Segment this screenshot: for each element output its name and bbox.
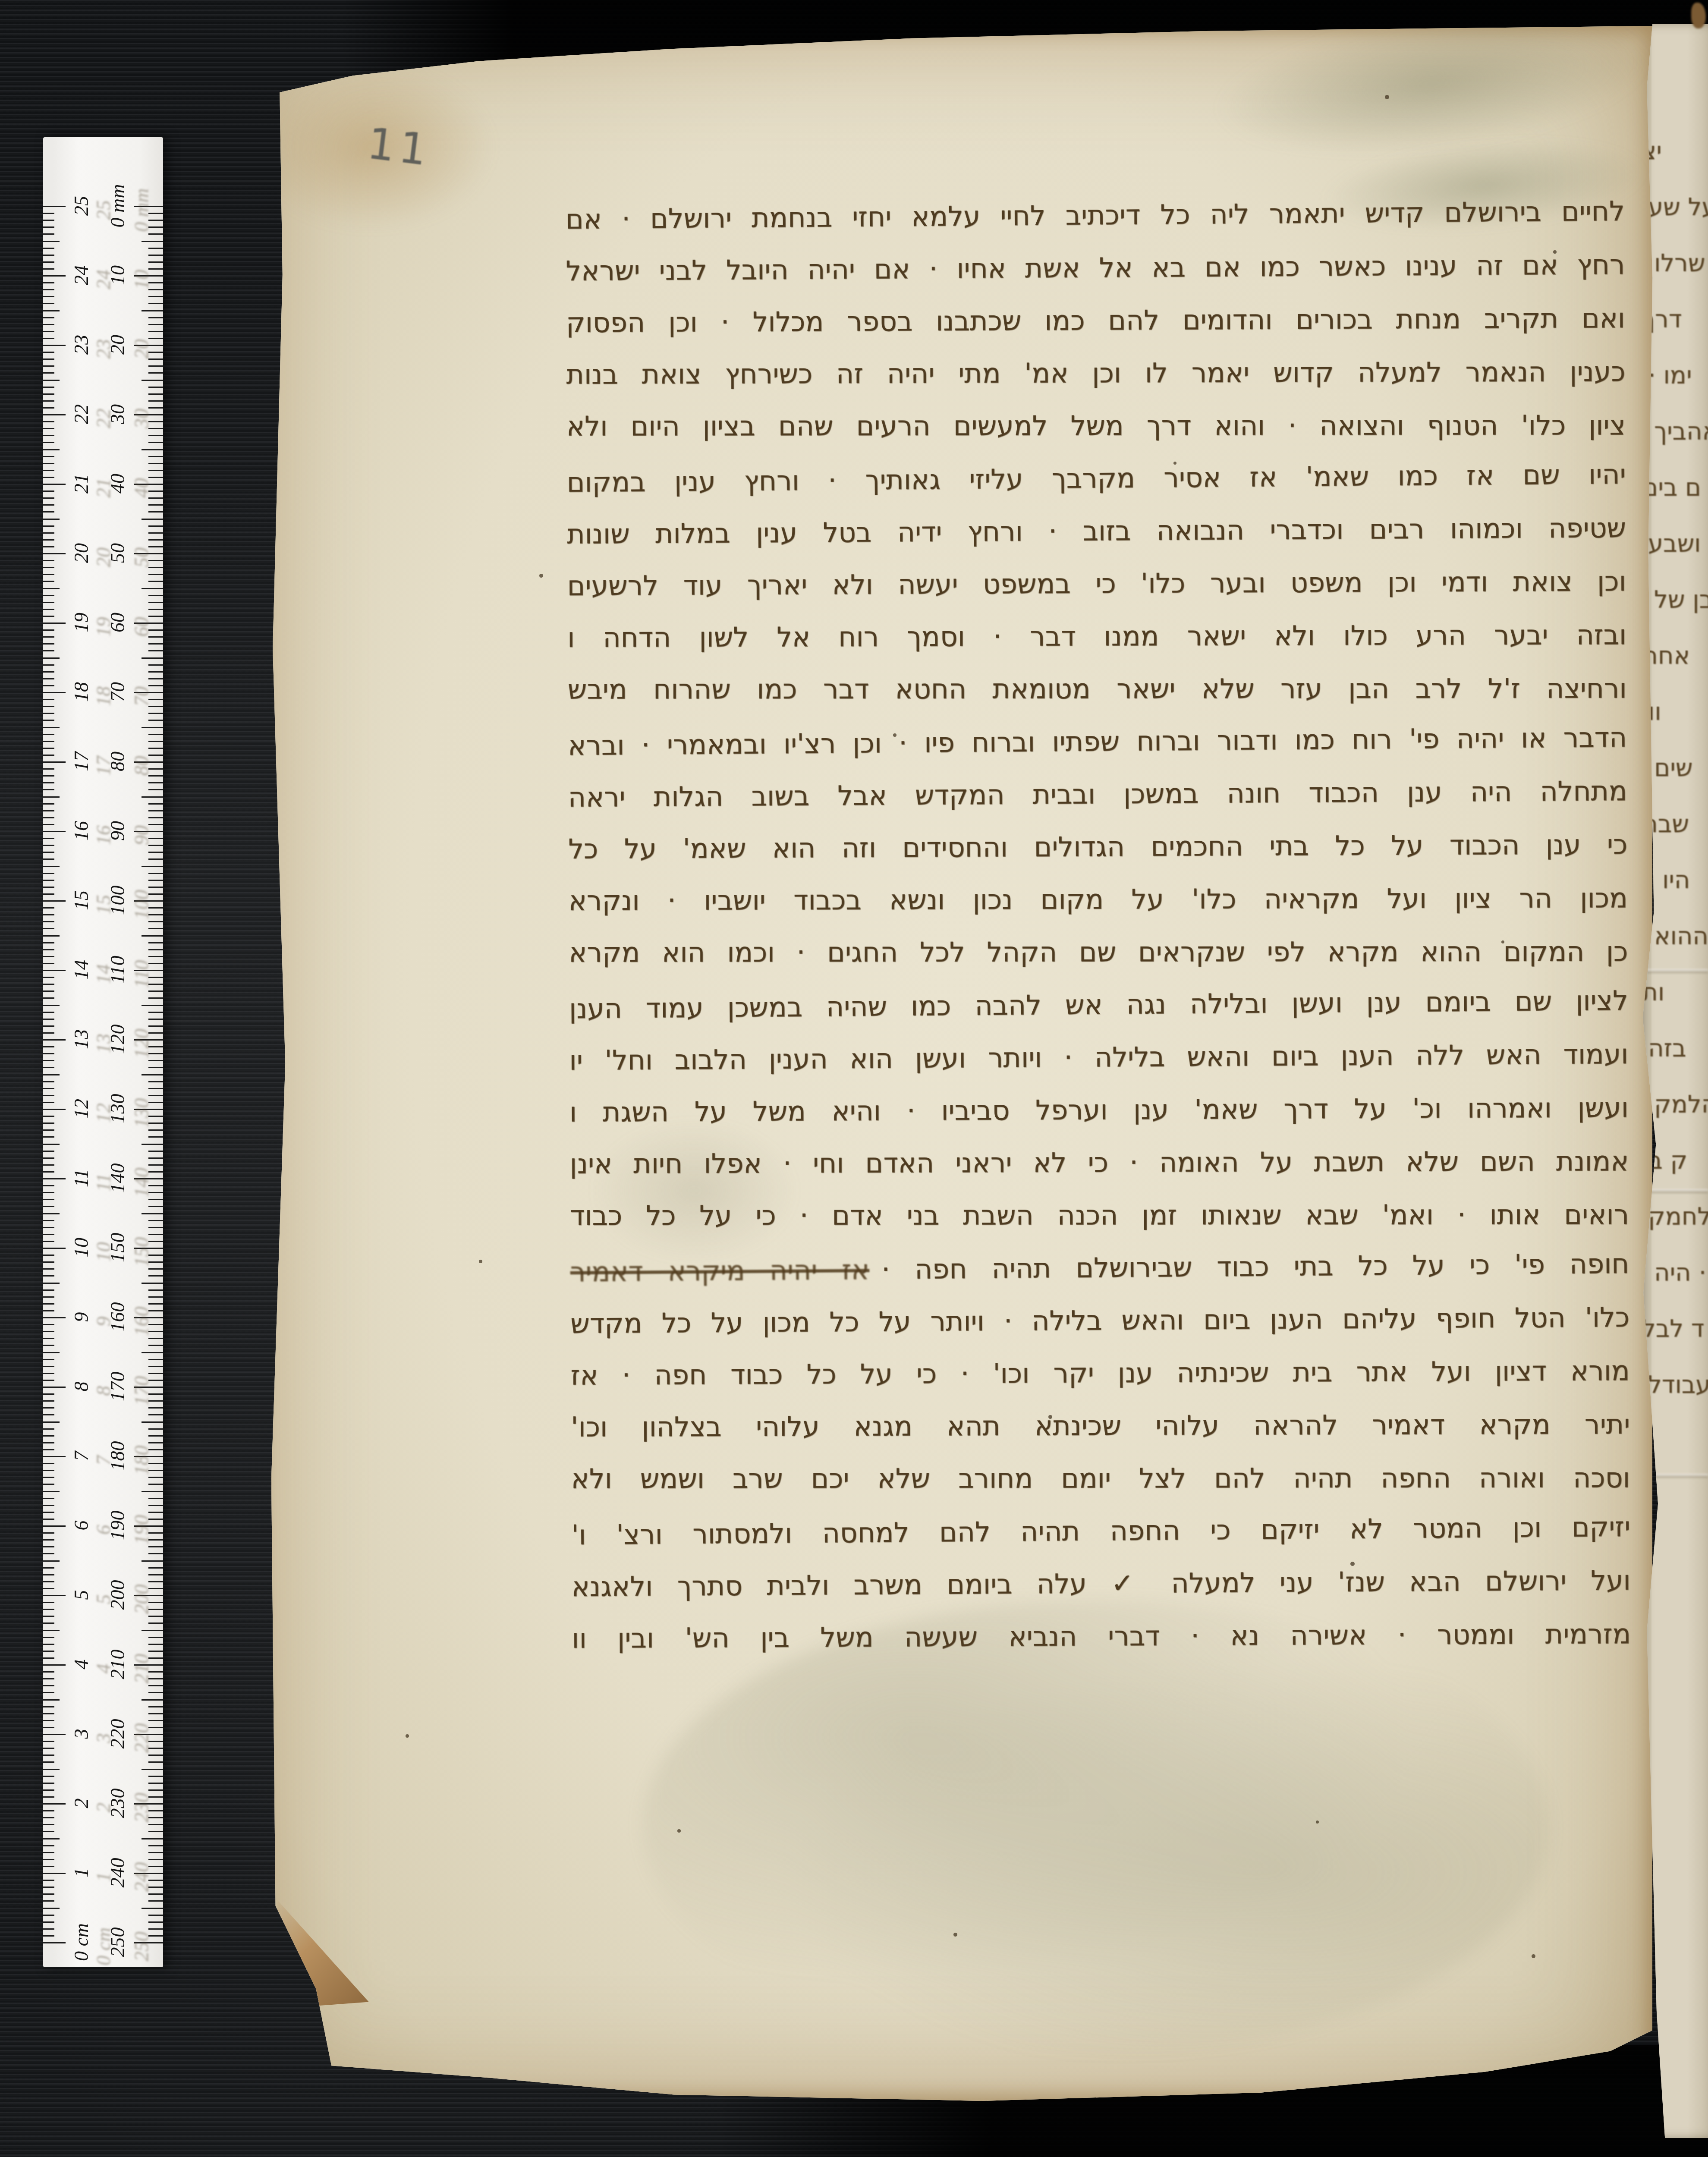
- ruler-tick: [43, 289, 54, 290]
- ruler-tick: [43, 1199, 54, 1200]
- ruler-tick: [43, 574, 54, 575]
- adjacent-text-fragment: ד לבל: [1642, 1315, 1704, 1343]
- ink-speck: [1316, 1821, 1319, 1824]
- manuscript-line: יתיר מקרא דאמיר להראה עלוהי שכינתא תהא מ…: [571, 1398, 1630, 1453]
- ruler-tick: [43, 1887, 54, 1888]
- ruler-tick: [148, 1928, 163, 1930]
- ruler-tick: [148, 1685, 163, 1686]
- ruler-tick: [148, 470, 163, 471]
- ruler-tick: [148, 1546, 163, 1547]
- ruler-tick: [43, 303, 54, 304]
- ruler-tick: [148, 942, 163, 943]
- ruler-number-shadow: 19: [92, 617, 115, 637]
- ruler-tick: [43, 393, 54, 395]
- ruler-tick: [148, 331, 163, 332]
- ruler-tick: [148, 1095, 163, 1096]
- ruler-tick: [142, 866, 163, 867]
- ruler-tick: [43, 1012, 54, 1013]
- ruler-tick: [43, 268, 54, 270]
- ruler-tick: [43, 400, 54, 402]
- manuscript-line: רחץ אם זה ענינו כאשר כמו אם בא אל אשת אח…: [566, 239, 1625, 298]
- manuscript-line: וסכה ואורה החפה תהיה להם לצל יומם מחורב …: [571, 1452, 1630, 1505]
- ruler-tick: [43, 1692, 54, 1693]
- ruler-number-shadow: 30: [130, 409, 153, 428]
- ruler-tick: [148, 296, 163, 297]
- ruler-number-shadow: 8: [92, 1386, 115, 1396]
- ruler-tick: [148, 1567, 163, 1569]
- ruler-tick: [43, 1053, 54, 1054]
- ruler-tick: [43, 914, 54, 915]
- ruler-tick: [43, 1116, 54, 1117]
- ruler-tick: [148, 255, 163, 256]
- ruler-tick: [148, 1206, 163, 1207]
- ruler-tick: [148, 650, 163, 651]
- ruler-tick: [142, 1144, 163, 1145]
- ruler-tick: [43, 803, 54, 805]
- ruler-tick: [43, 1609, 54, 1610]
- manuscript-line: ובזה יבער הרע כולו ולא ישאר ממנו דבר · ו…: [567, 609, 1626, 664]
- ruler-number-shadow: 20: [92, 547, 115, 567]
- adjacent-text-fragment: שבי שרלו: [1654, 249, 1708, 277]
- ruler-number-shadow: 170: [130, 1376, 153, 1406]
- ruler-tick: [148, 1505, 163, 1506]
- ruler-tick: [43, 664, 54, 666]
- ruler-tick: [43, 1928, 54, 1930]
- manuscript-line: וכן צואת ודמי וכן משפט ובער כלו' כי במשפ…: [567, 555, 1626, 613]
- ruler-tick: [43, 990, 54, 992]
- ruler-tick: [43, 1498, 54, 1499]
- ruler-tick: [43, 1699, 60, 1701]
- ruler-tick: [142, 657, 163, 659]
- manuscript-line: כי ענן הכבוד על כל בתי החכמים הגדולים וה…: [568, 818, 1628, 876]
- ruler-tick: [43, 519, 60, 520]
- ruler-tick: [43, 1331, 54, 1332]
- ruler-tick: [148, 949, 163, 950]
- manuscript-line: מכון הר ציון ועל מקראיה כלו' על מקום נכו…: [569, 872, 1628, 927]
- ruler-tick: [148, 852, 163, 853]
- ruler-tick: [148, 1407, 163, 1409]
- ruler-number: 17: [70, 751, 93, 771]
- ruler-tick: [43, 1387, 66, 1388]
- ruler-tick: [148, 1303, 163, 1305]
- manuscript-line: לחיים בירושלם קדיש יתאמר ליה כל דיכתיב ל…: [565, 185, 1625, 245]
- ruler-tick: [43, 1296, 54, 1298]
- ruler-tick: [148, 1692, 163, 1693]
- ruler-tick: [43, 1866, 54, 1867]
- ruler-tick: [142, 1352, 163, 1353]
- ruler-tick: [148, 720, 163, 721]
- ruler-tick: [148, 1921, 163, 1923]
- adjacent-text-fragment: לבן של: [1654, 586, 1708, 614]
- ink-speck: [1532, 1954, 1535, 1958]
- ruler-tick: [43, 671, 54, 673]
- ruler-tick: [148, 928, 163, 929]
- ruler-tick: [148, 1706, 163, 1707]
- ruler-tick: [43, 1414, 54, 1415]
- ruler-tick: [142, 1213, 163, 1214]
- ruler-tick: [148, 456, 163, 457]
- ruler-number-shadow: 21: [92, 478, 115, 498]
- ruler-tick: [43, 1067, 54, 1068]
- ruler-tick: [43, 858, 54, 860]
- ruler-tick: [43, 1796, 54, 1798]
- adjacent-text-fragment: ים · ושבע: [1648, 530, 1708, 558]
- ruler-tick: [43, 358, 54, 360]
- ruler-tick: [43, 1908, 60, 1909]
- ruler-number-shadow: 10: [92, 1242, 115, 1262]
- ruler-number: 16: [70, 821, 93, 841]
- ruler-tick: [43, 1373, 54, 1374]
- ruler-tick: [148, 303, 163, 304]
- ruler-number: 10: [70, 1238, 93, 1258]
- ruler-tick: [43, 1227, 54, 1228]
- ruler-number: 14: [70, 960, 93, 980]
- ruler-number: 22: [70, 404, 93, 424]
- ruler-tick: [43, 456, 54, 457]
- ruler-tick: [148, 1900, 163, 1902]
- ruler-tick: [148, 261, 163, 263]
- ruler-tick: [43, 1046, 54, 1047]
- ruler-tick: [43, 213, 54, 214]
- ruler-tick: [43, 748, 54, 749]
- ruler-tick: [142, 449, 163, 450]
- ruler-number: 21: [70, 474, 93, 494]
- ruler-tick: [43, 380, 60, 381]
- ruler-tick: [43, 1817, 54, 1818]
- ruler-number-shadow: 7: [92, 1456, 115, 1465]
- ruler-tick: [43, 1484, 54, 1485]
- ruler-tick: [43, 421, 54, 422]
- adjacent-text-fragment: שים: [1654, 754, 1692, 782]
- ruler-number-shadow: 200: [130, 1585, 153, 1614]
- ruler-tick: [142, 1421, 163, 1423]
- ruler-tick: [43, 1338, 54, 1339]
- ruler-tick: [43, 539, 54, 541]
- manuscript-line: שטיפה וכמוהו רבים וכדברי הנבואה בזוב · ו…: [567, 502, 1626, 561]
- ruler-tick: [142, 1283, 163, 1284]
- ruler-tick: [43, 1602, 54, 1603]
- ruler-tick: [43, 1664, 66, 1666]
- ruler-tick: [43, 838, 54, 839]
- ruler-number: 3: [70, 1729, 93, 1739]
- ruler-tick: [43, 442, 54, 443]
- ruler-tick: [43, 1852, 54, 1853]
- ruler-tick: [43, 1505, 54, 1506]
- ruler-tick: [43, 1644, 54, 1645]
- ruler-number: 13: [70, 1029, 93, 1049]
- ruler-tick: [43, 1393, 54, 1395]
- ruler-tick: [43, 1164, 54, 1166]
- ruler-number-shadow: 250: [130, 1932, 153, 1962]
- ruler-tick: [43, 1025, 54, 1027]
- ruler-tick: [43, 1123, 54, 1124]
- ruler-number-shadow: 10: [130, 270, 153, 289]
- ruler-tick: [43, 880, 54, 881]
- ruler-tick: [148, 1581, 163, 1582]
- ruler-tick: [142, 380, 163, 381]
- ruler-tick: [43, 699, 54, 700]
- ruler-tick: [43, 1935, 54, 1937]
- ruler-tick: [148, 1136, 163, 1138]
- ruler-number-shadow: 6: [92, 1525, 115, 1535]
- ruler-tick: [43, 463, 54, 464]
- manuscript-line: אמונת השם שלא תשבת על האומה · כי לא יראנ…: [569, 1135, 1629, 1190]
- ruler-tick: [43, 365, 54, 367]
- ruler-tick: [148, 887, 163, 888]
- ruler-number-shadow: 230: [130, 1793, 153, 1823]
- ruler-tick: [148, 810, 163, 811]
- ruler-tick: [142, 935, 163, 937]
- ruler-tick: [148, 956, 163, 957]
- ink-speck: [1385, 95, 1389, 99]
- ruler-tick: [148, 1852, 163, 1853]
- ruler-tick: [43, 1303, 54, 1305]
- ruler-tick: [148, 643, 163, 645]
- ruler-tick: [148, 1845, 163, 1846]
- ruler-tick: [148, 1553, 163, 1554]
- ruler-tick: [43, 1893, 54, 1895]
- manuscript-line: כן המקום ההוא מקרא לפי שנקראים שם הקהל ל…: [569, 925, 1628, 979]
- ruler-tick: [148, 1644, 163, 1645]
- ruler-number: 20: [70, 543, 93, 563]
- ruler-tick: [43, 1171, 54, 1173]
- ruler-tick: [43, 727, 60, 728]
- ruler-tick: [148, 1060, 163, 1061]
- ruler-tick: [43, 657, 60, 659]
- ruler-tick: [43, 331, 54, 332]
- ruler-tick: [43, 1352, 60, 1353]
- ruler-number-shadow: 60: [130, 617, 153, 637]
- ruler-tick: [43, 977, 54, 978]
- ruler-tick: [148, 442, 163, 443]
- ruler-tick: [43, 997, 54, 999]
- ruler-number: 4: [70, 1660, 93, 1670]
- manuscript-line: ציון כלו' הטנוף והצואה · והוא דרך משל למ…: [566, 399, 1626, 453]
- ruler-tick: [43, 1088, 54, 1089]
- ruler-number-shadow: 240: [130, 1862, 153, 1892]
- ruler-tick: [43, 352, 54, 353]
- ruler-tick: [148, 435, 163, 436]
- ruler-tick: [148, 1338, 163, 1339]
- ruler-tick: [148, 602, 163, 603]
- ruler-number: 19: [70, 613, 93, 632]
- ruler-tick: [43, 1678, 54, 1679]
- ruler-tick: [43, 1192, 54, 1193]
- ruler-tick: [43, 1109, 66, 1110]
- manuscript-line: כלו' הטל חופף עליהם הענן ביום והאש בלילה…: [570, 1291, 1630, 1350]
- ruler-number-shadow: 0 cm: [92, 1927, 115, 1965]
- ruler-tick: [43, 504, 54, 506]
- ruler-number-shadow: 110: [130, 960, 153, 988]
- ruler-number-shadow: 150: [130, 1237, 153, 1267]
- ruler-tick: [43, 1206, 54, 1207]
- ruler-tick: [148, 1081, 163, 1082]
- ruler-tick: [43, 831, 66, 832]
- ruler-tick: [142, 1908, 163, 1909]
- ruler-tick: [43, 1720, 54, 1721]
- ruler-tick: [43, 1519, 54, 1520]
- ruler-tick: [43, 1449, 54, 1450]
- adjacent-text-fragment: ימו ·: [1648, 362, 1692, 390]
- ruler-tick: [142, 1838, 163, 1839]
- ruler-tick: [43, 887, 54, 888]
- ruler-tick: [43, 241, 60, 242]
- ruler-tick: [43, 713, 54, 714]
- ruler-tick: [43, 963, 54, 964]
- ruler-tick: [148, 1435, 163, 1437]
- manuscript-line: מזרמית וממטר · אשירה נא · דברי הנביא שעש…: [572, 1608, 1631, 1665]
- ruler-tick: [148, 1151, 163, 1152]
- ruler-tick: [43, 1407, 54, 1409]
- ruler-number-shadow: 190: [130, 1515, 153, 1545]
- ruler-number-shadow: 0 mm: [130, 189, 153, 232]
- ruler-tick: [142, 1560, 163, 1562]
- ruler-tick: [43, 616, 54, 617]
- adjacent-text-fragment: ם בים: [1642, 474, 1701, 502]
- ruler-tick: [148, 1345, 163, 1346]
- ruler-tick: [43, 1359, 54, 1360]
- ruler-tick: [148, 1129, 163, 1131]
- ruler-number-shadow: 12: [92, 1103, 115, 1123]
- ruler-number: 1: [70, 1868, 93, 1878]
- ruler-tick: [148, 1296, 163, 1298]
- ruler-tick: [148, 1776, 163, 1777]
- ruler-tick: [43, 1810, 54, 1811]
- adjacent-text-fragment: עבודל: [1648, 1371, 1708, 1399]
- ruler-tick: [148, 741, 163, 742]
- ruler-tick: [43, 1838, 60, 1839]
- manuscript-line: יזיקם וכן המטר לא יזיקם כי החפה תהיה להם…: [571, 1500, 1631, 1561]
- adjacent-text-fragment: ם ההוא: [1654, 922, 1708, 950]
- ruler-number-shadow: 20: [130, 339, 153, 359]
- ruler-tick: [148, 1477, 163, 1478]
- ruler-number-shadow: 160: [130, 1307, 153, 1336]
- ruler-tick: [43, 817, 54, 818]
- ruler-tick: [142, 310, 163, 311]
- ruler-tick: [43, 1873, 66, 1874]
- ruler-tick: [43, 275, 66, 277]
- ruler-tick: [148, 803, 163, 805]
- ruler-tick: [43, 1880, 54, 1881]
- ruler-tick: [43, 1074, 60, 1075]
- adjacent-text-fragment: היו ו: [1648, 866, 1690, 894]
- ruler-tick: [148, 678, 163, 679]
- ruler-tick: [43, 1310, 54, 1311]
- ruler-tick: [43, 1366, 54, 1367]
- ruler-tick: [148, 532, 163, 534]
- ruler-tick: [43, 1095, 54, 1096]
- ruler-tick: [148, 873, 163, 874]
- ruler-tick: [43, 1546, 54, 1547]
- ruler-tick: [43, 1713, 54, 1714]
- measuring-ruler: 0 mm0 mm10102020303040405050606070708080…: [43, 137, 163, 1967]
- ruler-tick: [43, 1921, 54, 1923]
- ruler-tick: [43, 1241, 54, 1242]
- ruler-number-shadow: 180: [130, 1446, 153, 1475]
- ruler-tick: [43, 685, 54, 686]
- ruler-tick: [43, 893, 54, 895]
- ruler-tick: [43, 768, 54, 770]
- ruler-number-shadow: 130: [130, 1098, 153, 1128]
- ruler-tick: [43, 1637, 54, 1638]
- ruler-tick: [43, 706, 54, 707]
- ruler-tick: [43, 629, 54, 631]
- ruler-tick: [148, 1199, 163, 1200]
- ruler-tick: [148, 1637, 163, 1638]
- ruler-tick: [43, 928, 54, 929]
- ruler-tick: [148, 1616, 163, 1617]
- ruler-tick: [43, 761, 66, 763]
- ruler-number: 18: [70, 682, 93, 702]
- ruler-tick: [43, 643, 54, 645]
- ruler-tick: [43, 956, 54, 957]
- ruler-tick: [43, 1630, 60, 1631]
- ruler-tick: [43, 345, 66, 346]
- ruler-tick: [43, 1039, 66, 1041]
- ruler-tick: [43, 1789, 54, 1791]
- ruler-tick: [148, 1442, 163, 1443]
- ruler-tick: [148, 387, 163, 388]
- ruler-tick: [148, 1574, 163, 1575]
- ruler-tick: [43, 407, 54, 409]
- ruler-tick: [43, 226, 54, 228]
- ruler-tick: [148, 1783, 163, 1784]
- ruler-tick: [142, 1005, 163, 1006]
- ruler-tick: [43, 845, 54, 846]
- ruler-tick: [43, 1761, 54, 1763]
- ruler-tick: [43, 650, 54, 651]
- ink-speck: [677, 1829, 681, 1833]
- ink-speck: [539, 574, 543, 578]
- ruler-tick: [43, 1748, 54, 1749]
- ruler-number: 6: [70, 1521, 93, 1531]
- ruler-tick: [148, 393, 163, 395]
- ruler-number-shadow: 210: [130, 1654, 153, 1684]
- ruler-tick: [43, 1400, 54, 1402]
- ruler-tick: [43, 1456, 66, 1457]
- ruler-tick: [43, 546, 54, 547]
- ruler-tick: [148, 317, 163, 318]
- ruler-tick: [43, 491, 54, 492]
- ruler-tick: [148, 713, 163, 714]
- ruler-tick: [43, 907, 54, 909]
- ruler-tick: [43, 866, 60, 867]
- ruler-tick: [43, 1581, 54, 1582]
- ruler-tick: [43, 1255, 54, 1256]
- ruler-tick: [148, 1220, 163, 1221]
- ruler-tick: [148, 1484, 163, 1485]
- ruler-tick: [43, 1136, 54, 1138]
- ruler-tick: [43, 477, 54, 478]
- ruler-tick: [148, 990, 163, 992]
- ruler-tick: [43, 428, 54, 429]
- ruler-number-shadow: 80: [130, 756, 153, 776]
- ruler-tick: [148, 365, 163, 367]
- ruler-tick: [43, 324, 54, 325]
- ruler-tick: [148, 574, 163, 575]
- ruler-tick: [43, 1178, 66, 1179]
- ruler-number-shadow: 24: [92, 270, 115, 289]
- ruler-number: 5: [70, 1590, 93, 1600]
- ruler-tick: [43, 636, 54, 638]
- ruler-tick: [142, 519, 163, 520]
- ruler-tick: [43, 1032, 54, 1034]
- ruler-tick: [43, 609, 54, 610]
- ruler-tick: [43, 1324, 54, 1325]
- ruler-tick: [43, 1776, 54, 1777]
- ruler-tick: [43, 949, 54, 950]
- ruler-tick: [148, 997, 163, 999]
